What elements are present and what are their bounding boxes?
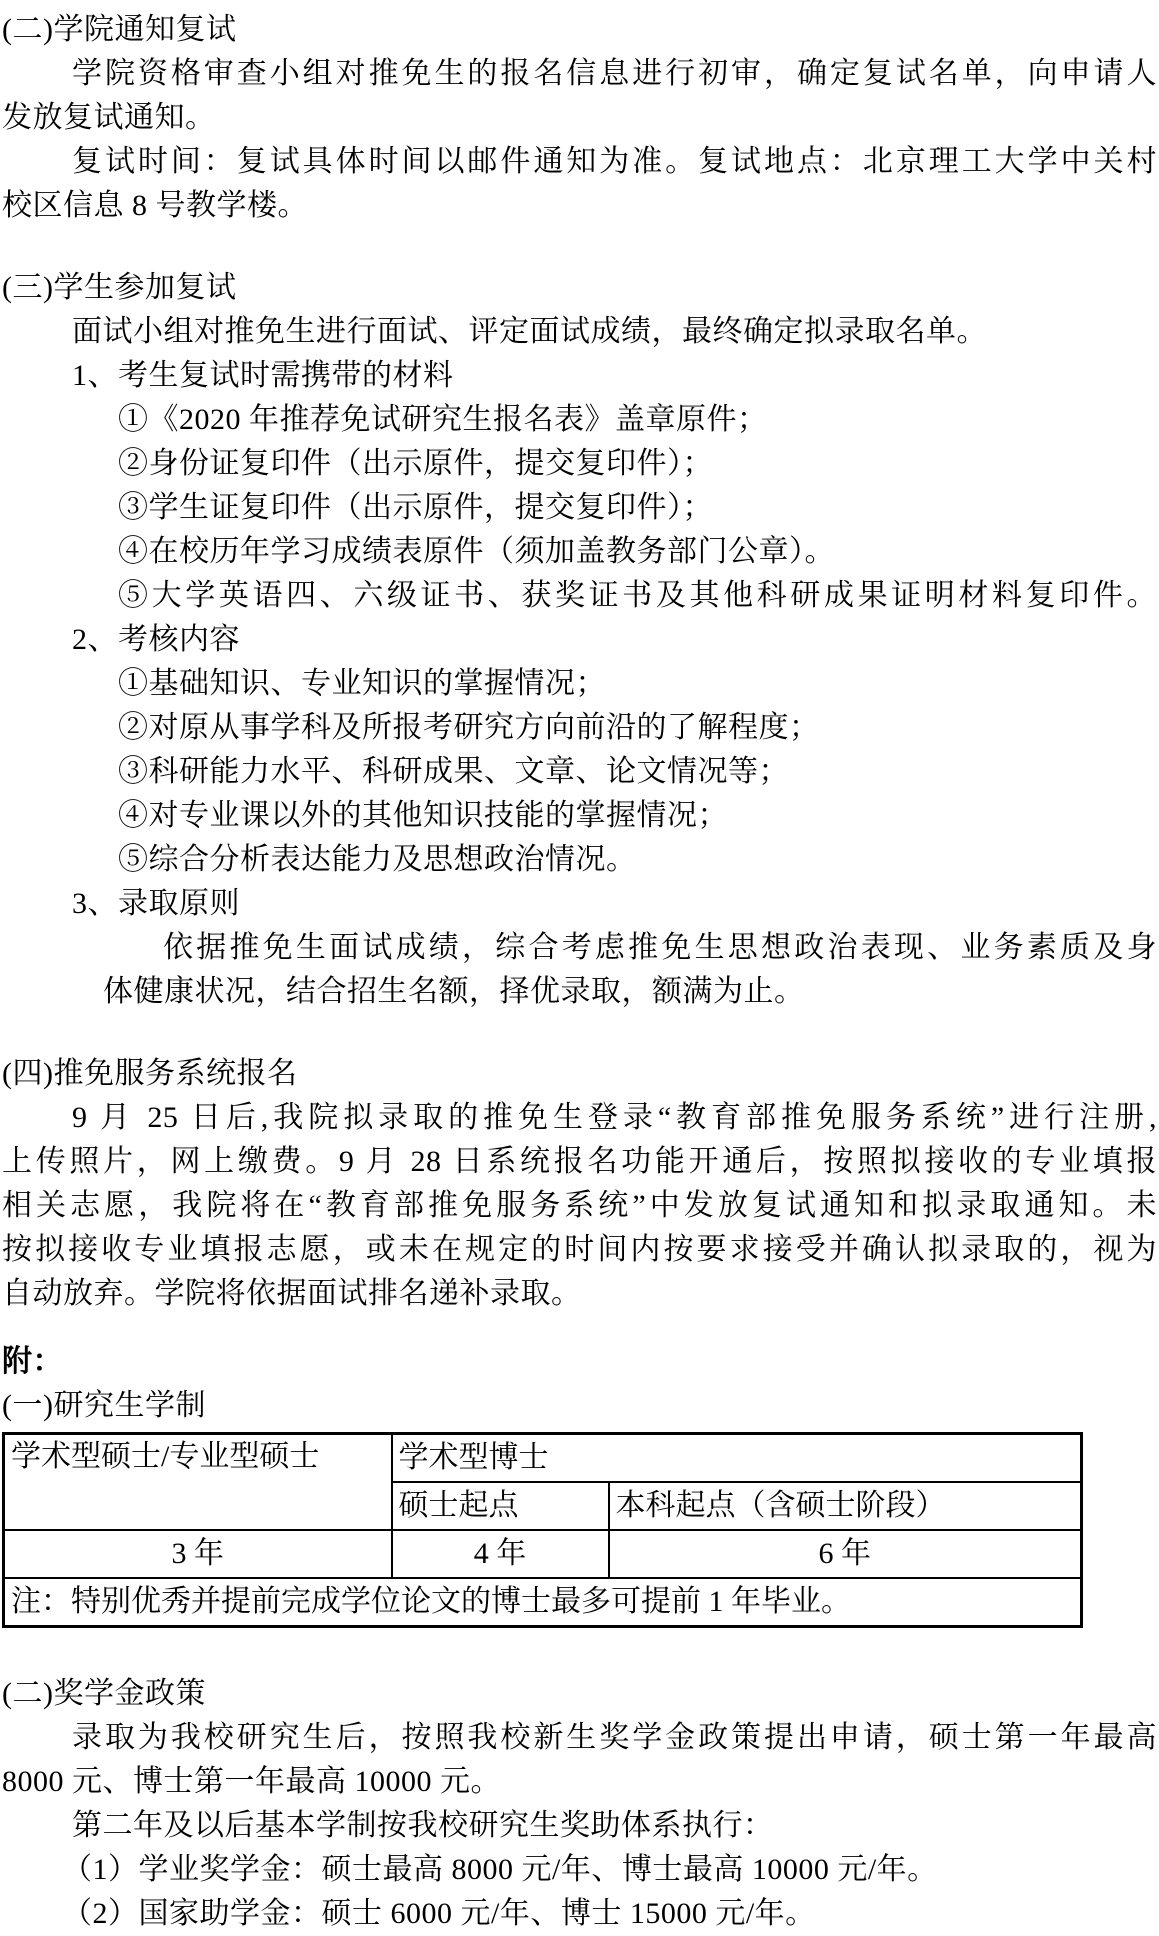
circled-item-5: ⑤大学英语四、六级证书、获奖证书及其他科研成果证明材料复印件。 — [0, 574, 1159, 618]
section-gap — [0, 1014, 1159, 1052]
doc-line: 录取为我校研究生后，按照我校新生奖学金政策提出申请，硕士第一年最高 — [0, 1716, 1159, 1760]
doc-line: 面试小组对推免生进行面试、评定面试成绩，最终确定拟录取名单。 — [0, 310, 1159, 354]
table-subheader-bachelor-start: 本科起点（含硕士阶段） — [609, 1482, 1082, 1530]
attachment-label: 附： — [0, 1340, 1159, 1384]
table-value-3years: 3 年 — [4, 1530, 392, 1578]
document-page: { "document": { "lines": [ "(二)学院通知复试", … — [0, 0, 1159, 1936]
table-value-6years: 6 年 — [609, 1530, 1082, 1578]
circled-item-1: ①基础知识、专业知识的掌握情况； — [0, 662, 1159, 706]
appendix-2-heading: (二)奖学金政策 — [0, 1672, 1159, 1716]
section-gap — [0, 1316, 1159, 1340]
table-header-master: 学术型硕士/专业型硕士 — [4, 1434, 392, 1531]
section-gap — [0, 1628, 1159, 1672]
section-heading-college-notice: (二)学院通知复试 — [0, 8, 1159, 52]
circled-item-2: ②身份证复印件（出示原件，提交复印件）； — [0, 442, 1159, 486]
doc-line: 学院资格审查小组对推免生的报名信息进行初审，确定复试名单，向申请人 — [0, 52, 1159, 96]
circled-item-5: ⑤综合分析表达能力及思想政治情况。 — [0, 838, 1159, 882]
schooling-table: 学术型硕士/专业型硕士 学术型博士 硕士起点 本科起点（含硕士阶段） 3 年 4… — [2, 1432, 1083, 1628]
table-value-4years: 4 年 — [392, 1530, 609, 1578]
scholarship-item-1: （1）学业奖学金：硕士最高 8000 元/年、博士最高 10000 元/年。 — [0, 1848, 1159, 1892]
doc-line: 第二年及以后基本学制按我校研究生奖助体系执行： — [0, 1804, 1159, 1848]
list-item-3: 3、录取原则 — [0, 882, 1159, 926]
circled-item-3: ③学生证复印件（出示原件，提交复印件）； — [0, 486, 1159, 530]
section-gap — [0, 228, 1159, 266]
doc-line: 发放复试通知。 — [0, 96, 1159, 140]
table-header-doctor: 学术型博士 — [392, 1434, 1082, 1483]
doc-line: 校区信息 8 号教学楼。 — [0, 184, 1159, 228]
doc-line: 相关志愿，我院将在“教育部推免服务系统”中发放复试通知和拟录取通知。未 — [0, 1184, 1159, 1228]
circled-item-2: ②对原从事学科及所报考研究方向前沿的了解程度； — [0, 706, 1159, 750]
doc-line: 自动放弃。学院将依据面试排名递补录取。 — [0, 1272, 1159, 1316]
circled-item-1: ①《2020 年推荐免试研究生报名表》盖章原件； — [0, 398, 1159, 442]
list-item-1: 1、考生复试时需携带的材料 — [0, 354, 1159, 398]
doc-line: 依据推免生面试成绩，综合考虑推免生思想政治表现、业务素质及身 — [0, 926, 1159, 970]
doc-line: 9 月 25 日后,我院拟录取的推免生登录“教育部推免服务系统”进行注册, — [0, 1096, 1159, 1140]
circled-item-3: ③科研能力水平、科研成果、文章、论文情况等； — [0, 750, 1159, 794]
page: (二)学院通知复试 学院资格审查小组对推免生的报名信息进行初审，确定复试名单，向… — [0, 0, 1159, 1936]
section-heading-student-retest: (三)学生参加复试 — [0, 266, 1159, 310]
scholarship-item-2: （2）国家助学金：硕士 6000 元/年、博士 15000 元/年。 — [0, 1892, 1159, 1936]
doc-line: 按拟接收专业填报志愿，或未在规定的时间内按要求接受并确认拟录取的，视为 — [0, 1228, 1159, 1272]
doc-line: 体健康状况，结合招生名额，择优录取，额满为止。 — [0, 970, 1159, 1014]
circled-item-4: ④在校历年学习成绩表原件（须加盖教务部门公章）。 — [0, 530, 1159, 574]
table-subheader-master-start: 硕士起点 — [392, 1482, 609, 1530]
doc-line: 8000 元、博士第一年最高 10000 元。 — [0, 1760, 1159, 1804]
doc-line: 复试时间：复试具体时间以邮件通知为准。复试地点：北京理工大学中关村 — [0, 140, 1159, 184]
section-heading-tuimian-system: (四)推免服务系统报名 — [0, 1052, 1159, 1096]
doc-line: 上传照片，网上缴费。9 月 28 日系统报名功能开通后，按照拟接收的专业填报 — [0, 1140, 1159, 1184]
table-note: 注：特别优秀并提前完成学位论文的博士最多可提前 1 年毕业。 — [4, 1578, 1082, 1627]
circled-item-4: ④对专业课以外的其他知识技能的掌握情况； — [0, 794, 1159, 838]
list-item-2: 2、考核内容 — [0, 618, 1159, 662]
appendix-1-heading: (一)研究生学制 — [0, 1384, 1159, 1428]
